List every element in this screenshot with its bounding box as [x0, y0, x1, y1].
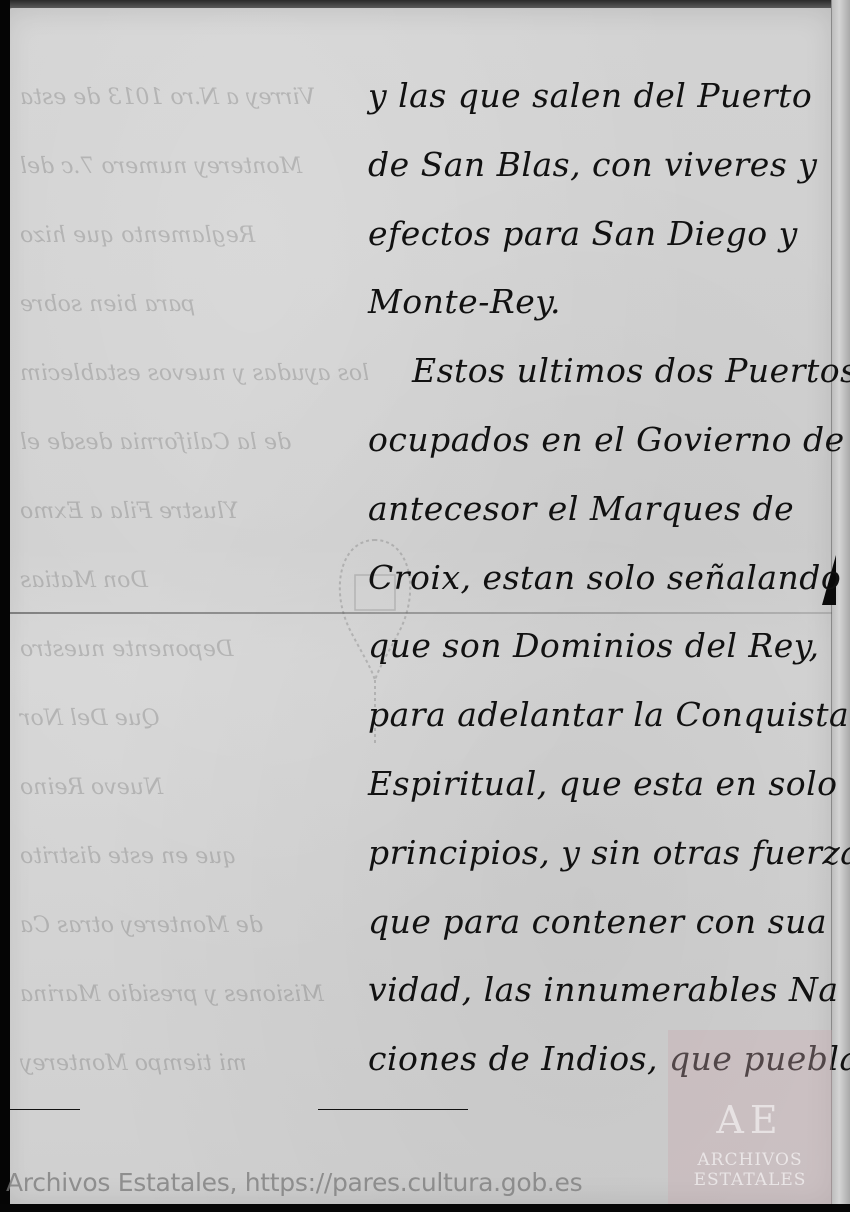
scan-top-border: [0, 0, 850, 8]
manuscript-line: que son Dominios del Rey,: [368, 612, 838, 681]
manuscript-line: que para contener con sua: [368, 888, 838, 957]
manuscript-line: de San Blas, con viveres y: [368, 131, 838, 200]
archive-logo: AE ARCHIVOS ESTATALES: [668, 1030, 832, 1204]
manuscript-line: efectos para San Diego y: [368, 200, 838, 269]
bleed-through-line: que en este distrito: [20, 844, 420, 869]
bleed-through-line: de la California desde el: [20, 430, 420, 455]
bleed-through-line: Virrey a N.ro 1013 de esta: [20, 85, 420, 110]
manuscript-line: ocupados en el Govierno de mi: [368, 406, 838, 475]
ruled-line-left: [10, 1109, 80, 1110]
bleed-through-line: mi tiempo Monterey: [20, 1051, 420, 1076]
logo-line-1: ARCHIVOS: [697, 1150, 802, 1170]
manuscript-line: Estos ultimos dos Puertos: [368, 337, 838, 406]
manuscript-line: para adelantar la Conquista: [368, 681, 838, 750]
scan-bottom-border: [0, 1204, 850, 1212]
manuscript-line: Monte-Rey.: [368, 268, 838, 337]
bleed-through-line: los ayudas y nuevos establecim: [20, 361, 420, 386]
logo-line-2: ESTATALES: [694, 1170, 807, 1190]
bleed-through-line: Reglamento que hizo: [20, 223, 420, 248]
manuscript-line: antecesor el Marques de: [368, 475, 838, 544]
manuscript-text: y las que salen del Puertode San Blas, c…: [368, 62, 838, 1094]
bleed-through-line: Ylustre Fila a Exmo: [20, 499, 420, 524]
archive-source-watermark: Archivos Estatales, https://pares.cultur…: [6, 1168, 582, 1197]
manuscript-line: principios, y sin otras fuerzas: [368, 819, 838, 888]
manuscript-line: y las que salen del Puerto: [368, 62, 838, 131]
manuscript-line: Espiritual, que esta en solo: [368, 750, 838, 819]
bleed-through-line: de Monterey otras Ca: [20, 913, 420, 938]
bleed-through-line: Misiones y presidio Marina: [20, 982, 420, 1007]
bleed-through-line: Monterey numero 7.c del: [20, 154, 420, 179]
scan-left-border: [0, 0, 10, 1212]
manuscript-line: vidad, las innumerables Na: [368, 956, 838, 1025]
bleed-through-line: Nuevo Reino: [20, 775, 420, 800]
logo-mark: AE: [716, 1098, 783, 1142]
manuscript-line: Croix, estan solo señalando: [368, 544, 838, 613]
ruled-line-right: [318, 1109, 468, 1110]
bleed-through-line: para bien sobre: [20, 292, 420, 317]
